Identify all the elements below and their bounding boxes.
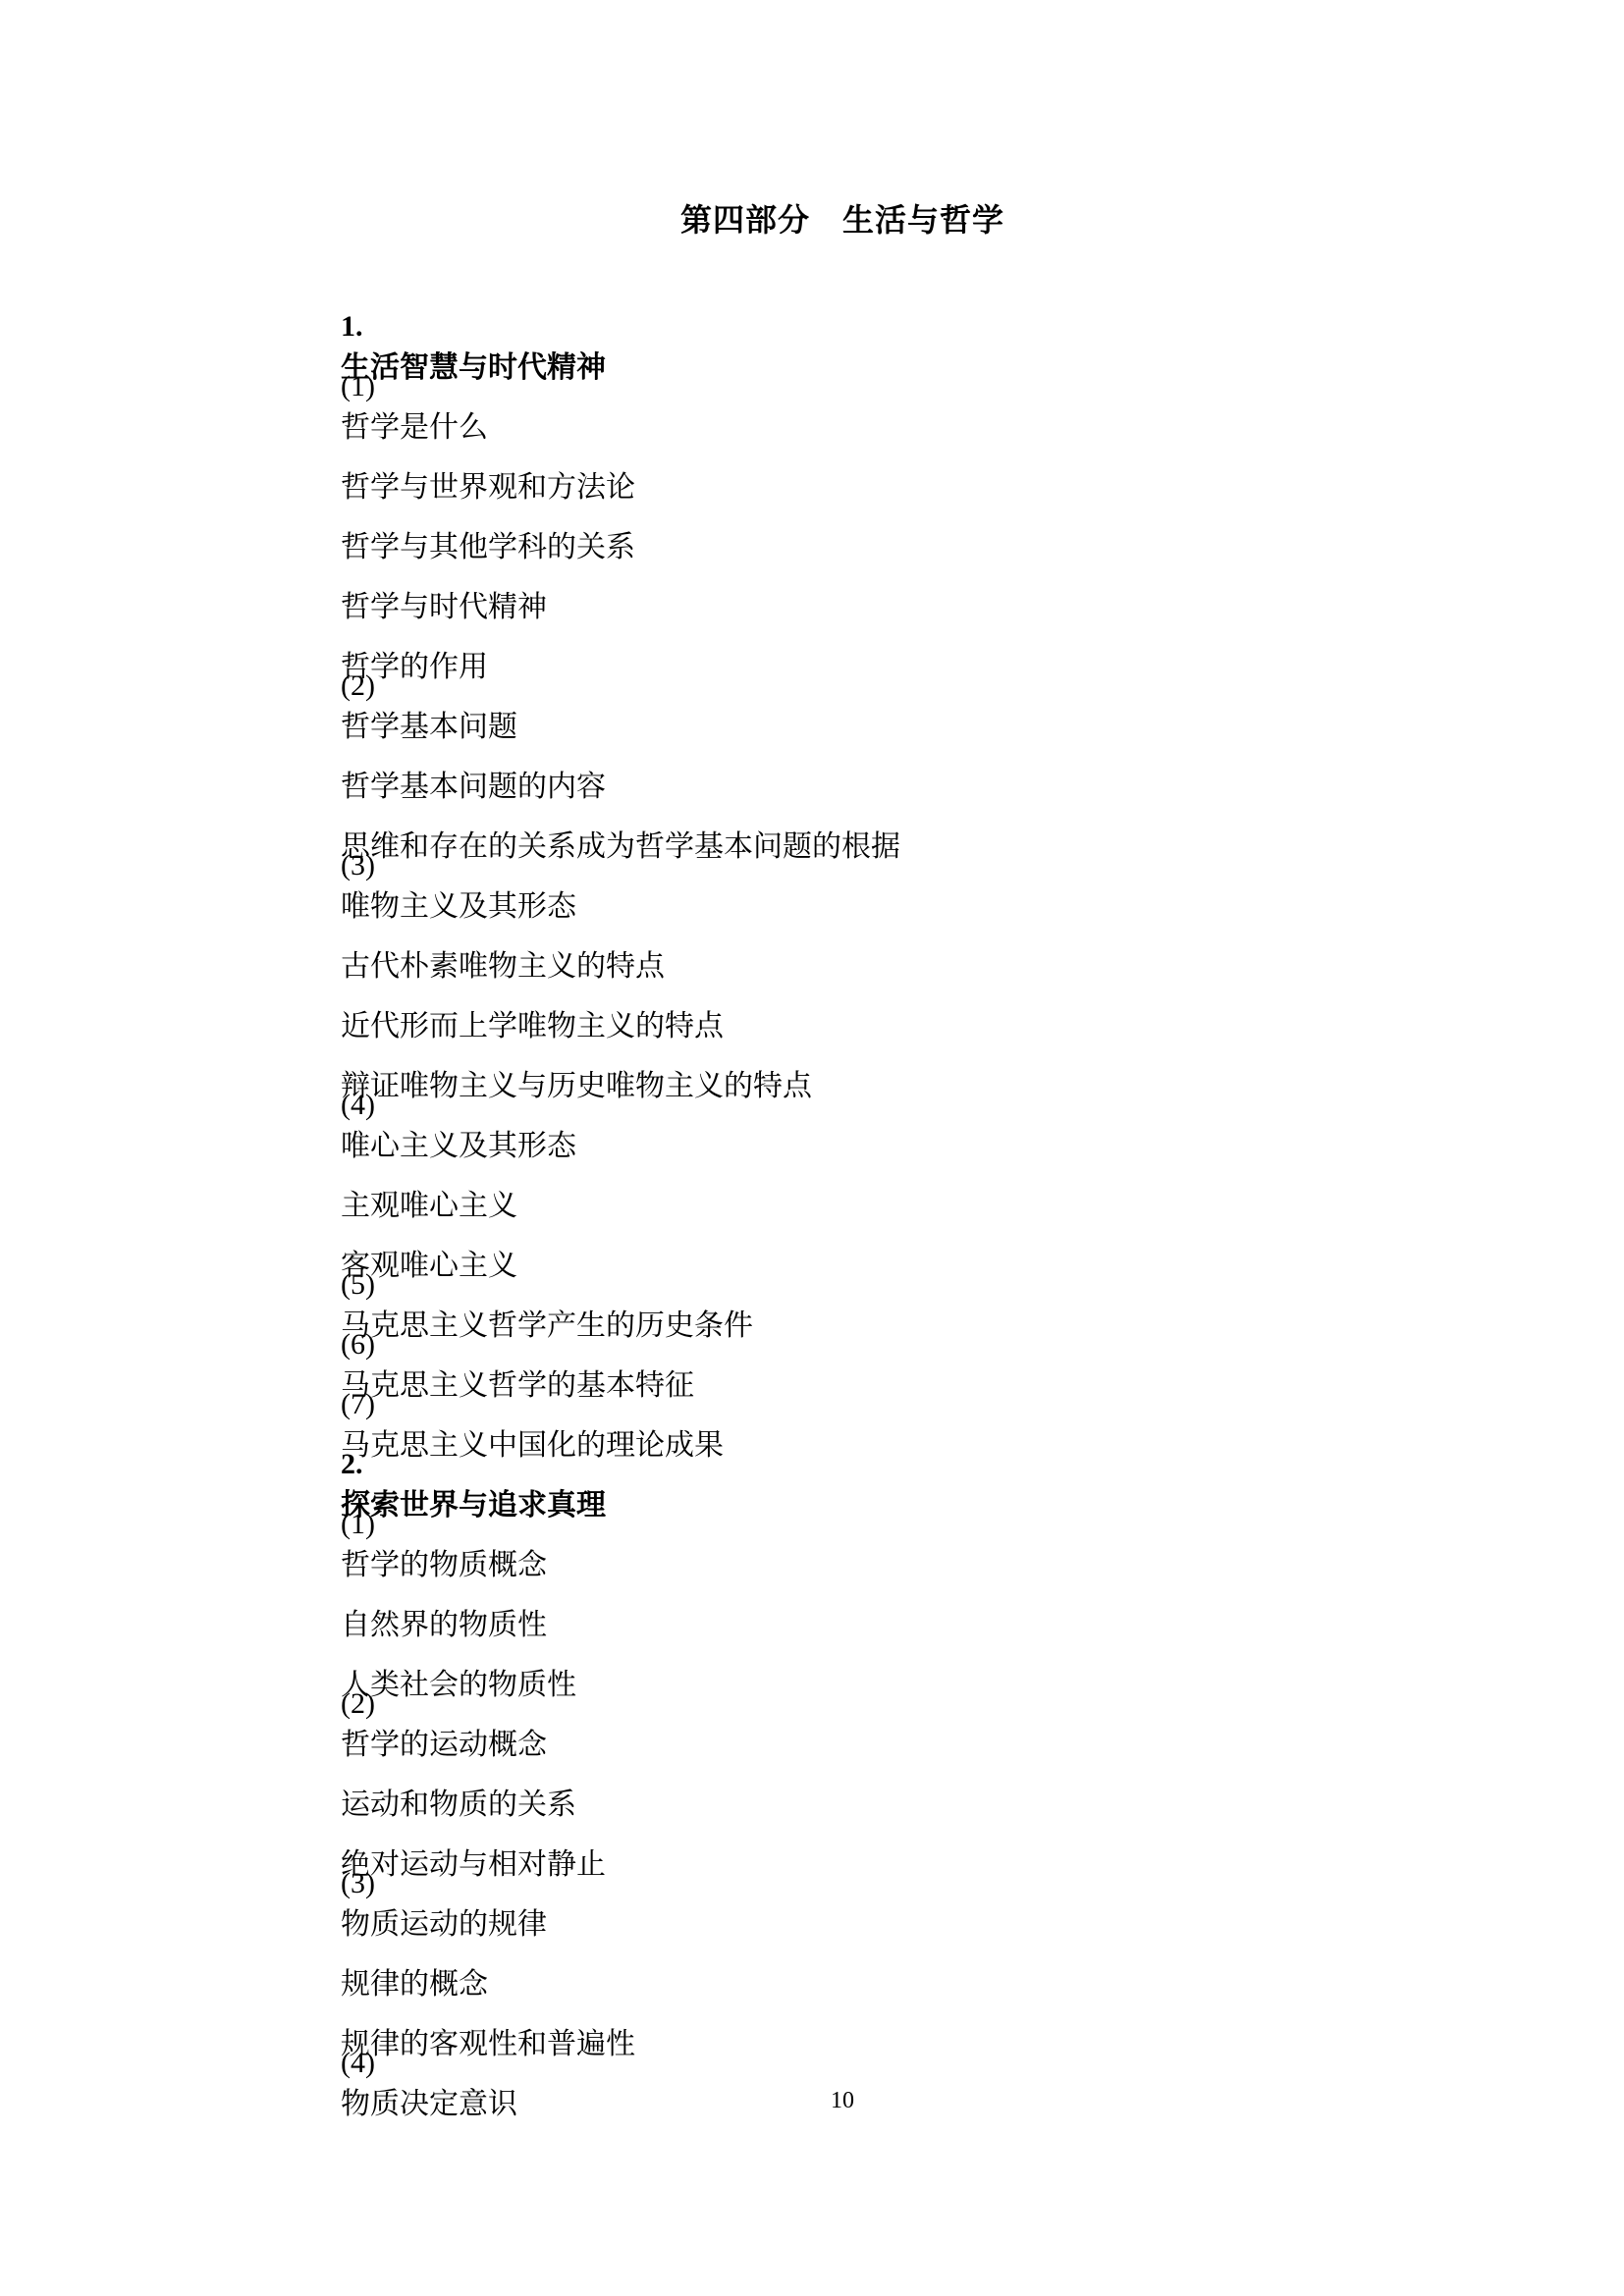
line-marker: (2) (341, 1683, 375, 1725)
line-marker: 1. (341, 306, 363, 347)
outline-line: 1. 生活智慧与时代精神 (297, 265, 1392, 325)
line-text: 哲学的运动概念 (341, 1729, 547, 1761)
line-marker: (1) (341, 366, 375, 407)
line-text: 哲学基本问题 (341, 711, 517, 743)
line-marker: 2. (341, 1444, 363, 1485)
line-marker: (5) (341, 1264, 375, 1306)
document-page: 第四部分 生活与哲学 1. 生活智慧与时代精神 (1) 哲学是什么 哲学与世界观… (0, 0, 1624, 2296)
line-text: 哲学的物质概念 (341, 1549, 547, 1581)
line-text: 主观唯心主义 (341, 1190, 517, 1222)
line-text: 哲学与世界观和方法论 (341, 471, 635, 504)
line-marker: (1) (341, 1504, 375, 1545)
line-text: 运动和物质的关系 (341, 1789, 576, 1821)
line-marker: (4) (341, 2043, 375, 2084)
line-text: 哲学与时代精神 (341, 591, 547, 623)
line-marker: (6) (341, 1324, 375, 1365)
line-text: 规律的概念 (341, 1968, 488, 2001)
line-text: 辩证唯物主义与历史唯物主义的特点 (341, 1070, 812, 1102)
page-number: 10 (295, 2085, 1390, 2116)
line-text: 唯物主义及其形态 (341, 890, 576, 923)
line-marker: (3) (341, 845, 375, 886)
line-text: 自然界的物质性 (341, 1609, 547, 1641)
line-text: 近代形而上学唯物主义的特点 (341, 1010, 724, 1042)
line-marker: (3) (341, 1863, 375, 1904)
line-text: 哲学基本问题的内容 (341, 771, 606, 803)
line-marker: (7) (341, 1384, 375, 1425)
line-marker: (4) (341, 1085, 375, 1126)
line-text: 马克思主义哲学产生的历史条件 (341, 1309, 753, 1342)
line-text: 思维和存在的关系成为哲学基本问题的根据 (341, 830, 900, 863)
outline-list: 1. 生活智慧与时代精神 (1) 哲学是什么 哲学与世界观和方法论 哲学与其他学… (297, 265, 1392, 2061)
line-marker: (2) (341, 666, 375, 707)
line-text: 马克思主义哲学的基本特征 (341, 1369, 694, 1402)
line-text: 古代朴素唯物主义的特点 (341, 950, 665, 983)
line-text: 马克思主义中国化的理论成果 (341, 1429, 724, 1462)
line-text: 哲学是什么 (341, 411, 488, 444)
line-text: 哲学与其他学科的关系 (341, 531, 635, 563)
page-title: 第四部分 生活与哲学 (295, 200, 1390, 240)
line-text: 物质运动的规律 (341, 1908, 547, 1941)
line-text: 唯心主义及其形态 (341, 1130, 576, 1162)
